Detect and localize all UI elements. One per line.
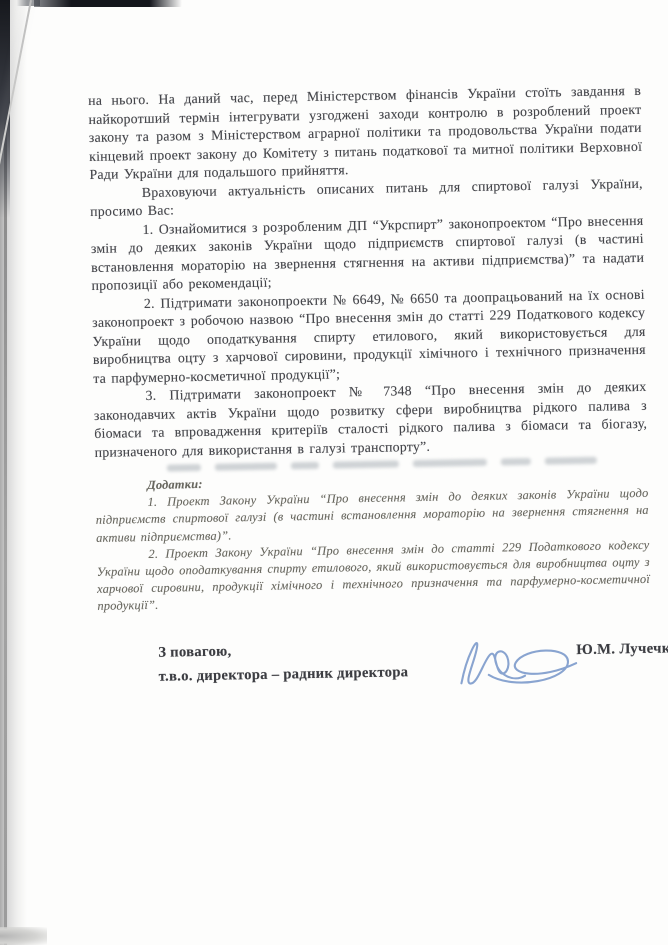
smudge (501, 458, 531, 466)
body-list-item-1: 1. Ознайомитися з розробленим ДП “Укрспи… (90, 211, 644, 295)
scanned-letter-page: на нього. На даний час, перед Міністерст… (0, 0, 668, 945)
smudge (291, 462, 319, 470)
attachment-item-2: 2. Проект Закону України “Про внесення з… (96, 537, 650, 616)
body-paragraph-intro: на нього. На даний час, перед Міністерст… (88, 82, 643, 185)
smudge (413, 459, 487, 467)
smudge (215, 463, 277, 471)
signer-name: Ю.М. Лучечко (576, 640, 668, 659)
scan-edge-artifact-top (34, 0, 182, 7)
signature-block: З повагою, т.в.о. директора – радник дир… (158, 631, 652, 720)
handwritten-signature (450, 614, 586, 701)
smudge (333, 460, 399, 468)
letter-content: на нього. На даний час, перед Міністерст… (88, 82, 652, 722)
attachments-section: Додатки: 1. Проект Закону України “Про в… (95, 468, 650, 616)
smudge (167, 464, 201, 472)
body-list-item-3: 3. Підтримати законопроект № 7348 “Про в… (93, 378, 647, 462)
smudge (545, 457, 597, 465)
body-list-item-2: 2. Підтримати законопроекти № 6649, № 66… (92, 285, 647, 388)
scan-edge-artifact-bottom-left (0, 927, 47, 945)
